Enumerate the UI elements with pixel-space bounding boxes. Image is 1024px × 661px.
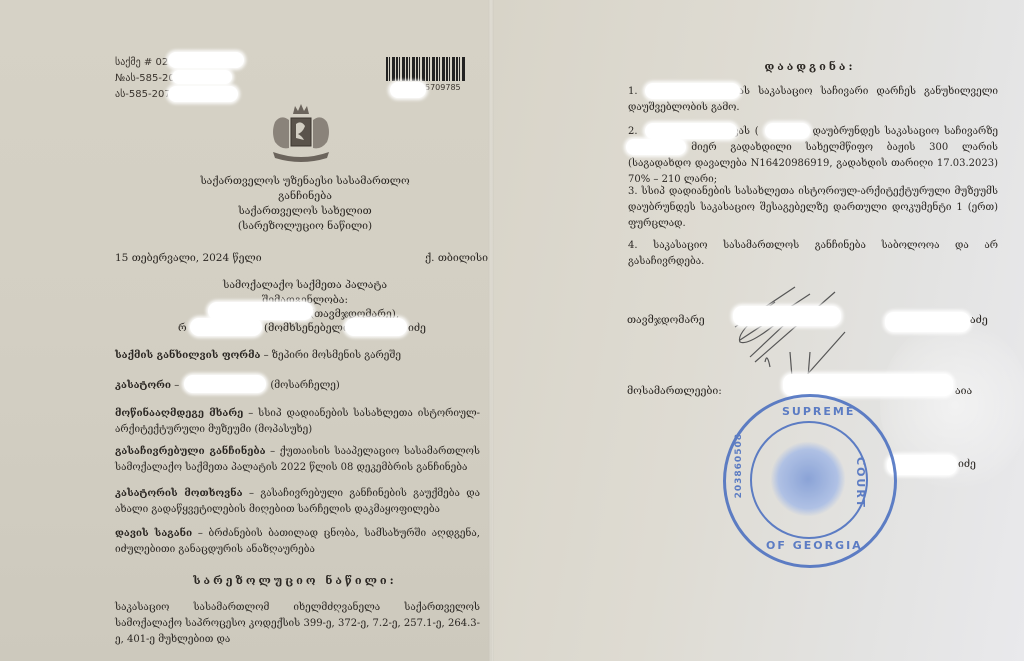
supreme-court-stamp: SUPREME COURT OF GEORGIA 203860508 xyxy=(723,394,897,568)
section-hearing-form: საქმის განხილვის ფორმა – ზეპირი მოსმენის… xyxy=(115,348,475,364)
decision-item-3: 3. სსიპ დადიანების სასახლეთა ისტორიულ-არ… xyxy=(628,184,998,232)
chamber-name: სამოქალაქო საქმეთა პალატა xyxy=(140,278,470,293)
redaction xyxy=(168,52,244,68)
in-name-of: საქართველოს სახელით xyxy=(140,204,470,219)
redaction xyxy=(184,375,266,393)
judges-label: მოსამართლეები: xyxy=(627,385,722,397)
rapporteur-prefix: რ xyxy=(178,322,187,334)
redaction xyxy=(345,318,407,336)
section-cassator: კასატორი – (მოსარჩელე) xyxy=(115,378,475,394)
redaction xyxy=(172,70,232,84)
redaction xyxy=(645,123,737,139)
redaction xyxy=(887,455,957,475)
coat-of-arms-icon xyxy=(265,102,337,166)
page-fold xyxy=(488,0,494,661)
signature-scribble xyxy=(715,282,865,382)
redaction xyxy=(190,318,262,336)
chair-surname-suffix: აძე xyxy=(970,314,988,326)
redaction xyxy=(765,123,810,139)
closing-paragraph: საკასაციო სასამართლომ იხელმძღვანელა საქა… xyxy=(115,600,480,648)
judge1-surname-suffix: აია xyxy=(955,385,972,397)
redaction xyxy=(390,82,426,98)
section-opposing-party: მოწინააღმდეგე მხარე – სსიპ დადიანების სა… xyxy=(115,406,480,438)
section-appealed-ruling: გასაჩივრებული განჩინება – ქუთაისის სააპე… xyxy=(115,444,480,476)
barcode-number: 5709785 xyxy=(425,80,461,96)
redaction xyxy=(885,312,970,332)
court-name: საქართველოს უზენაესი სასამართლო xyxy=(140,174,470,189)
section-dispute-subject: დავის საგანი – ბრძანების ბათილად ცნობა, … xyxy=(115,526,480,558)
resolution-heading: სარეზოლუციო ნაწილი: xyxy=(115,574,475,587)
redaction xyxy=(733,306,841,326)
rapporteur-role: (მომხსენებელი), xyxy=(264,322,356,334)
judge2-surname-suffix: იძე xyxy=(958,458,976,470)
document-date: 15 თებერვალი, 2024 წელი xyxy=(115,252,262,264)
barcode xyxy=(386,57,466,81)
judge-suffix: იძე xyxy=(408,322,426,334)
redaction xyxy=(645,83,740,99)
stamp-emblem-icon xyxy=(770,441,846,517)
decision-item-4: 4. საკასაციო სასამართლოს განჩინება საბოლ… xyxy=(628,238,998,270)
redaction xyxy=(783,374,953,396)
redaction xyxy=(168,86,238,102)
document-part: (სარეზოლუციო ნაწილი) xyxy=(140,219,470,234)
document-title: საქართველოს უზენაესი სასამართლო განჩინებ… xyxy=(140,174,470,234)
chair-label: თავმჯდომარე xyxy=(627,314,705,326)
document-type: განჩინება xyxy=(140,189,470,204)
section-cassator-request: კასატორის მოთხოვნა – გასაჩივრებული განჩი… xyxy=(115,486,480,518)
redaction xyxy=(626,139,686,155)
decision-heading: დაადგინა: xyxy=(620,60,1000,73)
document-city: ქ. თბილისი xyxy=(425,252,488,264)
